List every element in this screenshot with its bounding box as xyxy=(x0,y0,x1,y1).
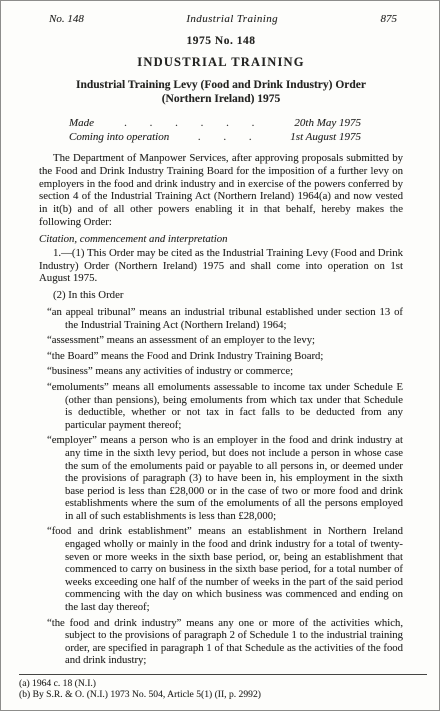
definition-appeal-tribunal: “an appeal tribunal” means an industrial… xyxy=(39,306,403,331)
preamble-paragraph: The Department of Manpower Services, aft… xyxy=(39,152,403,229)
order-title-line-2: (Northern Ireland) 1975 xyxy=(49,93,393,107)
article-1-paragraph-1: 1.—(1) This Order may be cited as the In… xyxy=(39,247,403,285)
footnote-b: (b) By S.R. & O. (N.I.) 1973 No. 504, Ar… xyxy=(19,689,403,700)
header-order-number: No. 148 xyxy=(49,13,84,25)
document-page: No. 148 Industrial Training 875 1975 No.… xyxy=(0,0,440,711)
coming-dot-leaders: . . . xyxy=(169,130,290,144)
coming-into-operation-label: Coming into operation xyxy=(69,130,169,144)
statute-category-heading: INDUSTRIAL TRAINING xyxy=(39,55,403,70)
statute-year-number: 1975 No. 148 xyxy=(39,35,403,47)
definition-business: “business” means any activities of indus… xyxy=(39,365,403,378)
made-label: Made xyxy=(69,116,94,130)
citation-section-heading: Citation, commencement and interpretatio… xyxy=(39,233,403,246)
coming-into-operation-row: Coming into operation . . . 1st August 1… xyxy=(69,130,361,144)
definition-food-and-drink-establishment: “food and drink establishment” means an … xyxy=(39,525,403,613)
order-title: Industrial Training Levy (Food and Drink… xyxy=(49,79,393,106)
footnote-a: (a) 1964 c. 18 (N.I.) xyxy=(19,678,403,689)
dates-block: Made . . . . . . 20th May 1975 Coming in… xyxy=(69,116,361,144)
made-dot-leaders: . . . . . . xyxy=(94,116,294,130)
order-title-line-1: Industrial Training Levy (Food and Drink… xyxy=(49,79,393,93)
made-date-row: Made . . . . . . 20th May 1975 xyxy=(69,116,361,130)
article-1-paragraph-2: (2) In this Order xyxy=(39,289,403,302)
running-header: No. 148 Industrial Training 875 xyxy=(49,13,397,25)
definitions-list: “an appeal tribunal” means an industrial… xyxy=(39,306,403,667)
definition-assessment: “assessment” means an assessment of an e… xyxy=(39,334,403,347)
made-date: 20th May 1975 xyxy=(294,116,361,130)
definition-emoluments: “emoluments” means all emoluments assess… xyxy=(39,381,403,431)
header-page-number: 875 xyxy=(381,13,398,25)
coming-into-operation-date: 1st August 1975 xyxy=(290,130,361,144)
header-running-title: Industrial Training xyxy=(186,13,278,25)
footnote-divider xyxy=(19,674,427,675)
footnotes-block: (a) 1964 c. 18 (N.I.) (b) By S.R. & O. (… xyxy=(19,678,403,700)
definition-food-and-drink-industry: “the food and drink industry” means any … xyxy=(39,617,403,667)
definition-employer: “employer” means a person who is an empl… xyxy=(39,434,403,522)
definition-the-board: “the Board” means the Food and Drink Ind… xyxy=(39,350,403,363)
